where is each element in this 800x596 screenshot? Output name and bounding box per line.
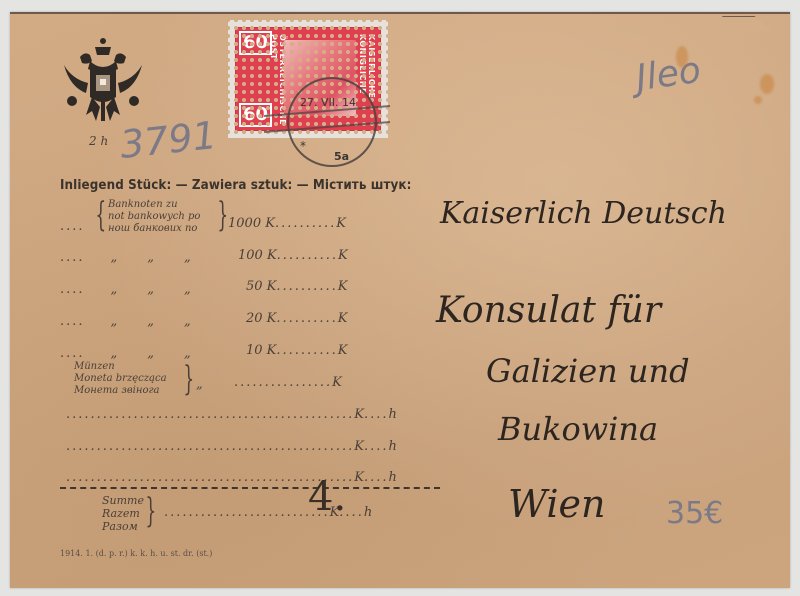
postmark-date: 27. VII. 14 [300, 96, 356, 109]
printer-imprint: 1914. 1. (d. p. r.) k. k. h. u. st. dr. … [60, 549, 212, 558]
sum-label: Summe Razem Разом [102, 494, 144, 533]
postmark-code: 5a [334, 150, 349, 163]
row-leader: .... [60, 219, 85, 234]
form-value-label: 2 h [89, 134, 108, 148]
brace-right: } [183, 362, 194, 396]
brace-left: { [95, 198, 106, 232]
denomination-row: ....„„„ [60, 250, 191, 265]
address-line-2: Konsulat für [436, 290, 661, 331]
stain [754, 96, 762, 104]
sum-divider [60, 487, 440, 489]
address-line-5: Wien [508, 482, 606, 526]
envelope-flap [702, 16, 772, 31]
pencil-price: 35€ [666, 496, 723, 531]
denomination-row: ....„„„ [60, 346, 191, 361]
brace-right: } [217, 198, 228, 232]
address-line-1: Kaiserlich Deutsch [440, 196, 727, 231]
denomination-row: ....„„„ [60, 314, 191, 329]
handwritten-sum-count: 4. [308, 474, 346, 520]
denomination-row: ....„„„ [60, 282, 191, 297]
brace-right: } [145, 494, 156, 528]
address-line-4: Bukowina [498, 410, 658, 448]
stain [676, 46, 688, 68]
stain [760, 74, 774, 94]
svg-text:*: * [300, 139, 306, 153]
extra-row: ........................................… [66, 407, 397, 422]
address-line-3: Galizien und [486, 352, 690, 390]
denomination-row: 20 K..........K [246, 311, 347, 326]
postmark-cancellation: * [262, 76, 392, 172]
coin-ditto: „ [196, 377, 203, 392]
extra-row: ........................................… [66, 439, 397, 454]
contents-header: Inliegend Stück: — Zawiera sztuk: — Міст… [60, 178, 412, 193]
denomination-row: 1000 K..........K [228, 216, 346, 231]
denomination-row: 100 K..........K [238, 248, 348, 263]
double-headed-eagle-icon [62, 35, 144, 125]
coin-row: ................K [234, 375, 342, 390]
denomination-row: 10 K..........K [246, 343, 347, 358]
extra-row: ........................................… [66, 470, 397, 485]
coin-label: Münzen Moneta brzęcząca Монета звінога [74, 361, 167, 397]
denomination-row: 50 K..........K [246, 279, 347, 294]
stamp-value-top: 60 [239, 31, 272, 55]
banknote-label: Banknoten zu not bankowych po нош банков… [108, 199, 200, 235]
